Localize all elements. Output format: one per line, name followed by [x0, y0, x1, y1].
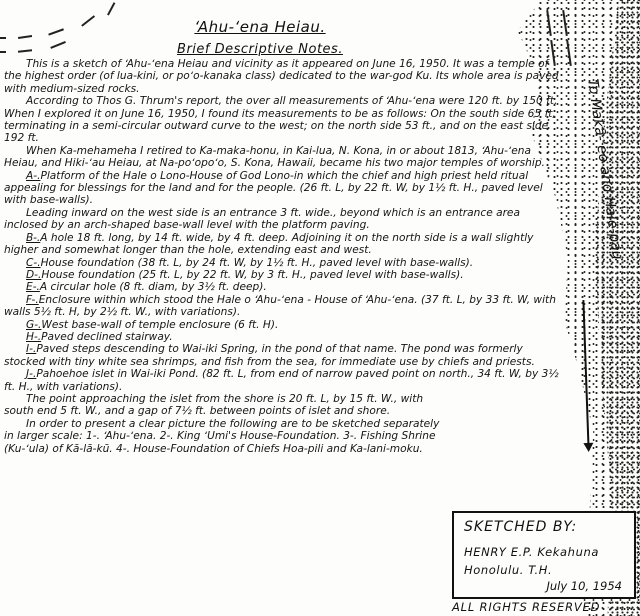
note-text: A circular hole (8 ft. diam, by 3½ ft. d… [40, 281, 267, 293]
note-text: House foundation (25 ft. L, by 22 ft. W,… [41, 269, 463, 281]
note-text: West base-wall of temple enclosure (6 ft… [41, 319, 278, 331]
paragraph-approach: The point approaching the islet from the… [4, 393, 444, 418]
note-item-j: J-.Pahoehoe islet in Wai-iki Pond. (82 f… [4, 368, 564, 393]
note-key: J-. [26, 368, 36, 380]
note-item-d: D-.House foundation (25 ft. L, by 22 ft.… [4, 269, 564, 281]
hatch-mark [0, 37, 6, 39]
signature-name: HENRY E.P. Kekahuna [464, 545, 599, 559]
note-text: Paved declined stairway. [41, 331, 172, 343]
paragraph-entrance: Leading inward on the west side is an en… [4, 207, 564, 232]
note-text: House foundation (38 ft. L, by 24 ft. W,… [41, 257, 474, 269]
note-text: Enclosure within which stood the Hale o … [4, 294, 556, 318]
document-page: To Makā-ʻeo and Hale-pau ʻAhu-ʻena Heiau… [0, 0, 640, 616]
note-item-h: H-.Paved declined stairway. [4, 331, 564, 343]
document-subtitle: Brief Descriptive Notes. [0, 42, 520, 57]
note-item-a: A-.Platform of the Hale o Lono-House of … [4, 170, 564, 207]
paragraph-closing: In order to present a clear picture the … [4, 418, 444, 455]
document-title: ʻAhu-ʻena Heiau. [0, 18, 520, 36]
note-key: C-. [26, 257, 41, 269]
paragraph-thrum: According to Thos G. Thrum's report, the… [4, 95, 564, 145]
note-key: H-. [26, 331, 41, 343]
note-text: Platform of the Hale o Lono-House of God… [4, 170, 543, 207]
signature-place: Honolulu. T.H. [464, 563, 552, 577]
signature-date: July 10, 1954 [546, 579, 622, 593]
note-item-c: C-.House foundation (38 ft. L, by 24 ft.… [4, 257, 564, 269]
note-text: Paved steps descending to Wai-iki Spring… [4, 343, 535, 367]
note-key: G-. [26, 319, 41, 331]
note-key: B-. [26, 232, 40, 244]
note-text: Pahoehoe islet in Wai-iki Pond. (82 ft. … [4, 368, 559, 392]
note-key: D-. [26, 269, 41, 281]
note-key: A-. [26, 170, 40, 182]
hatch-mark [107, 2, 115, 15]
note-item-f: F-.Enclosure within which stood the Hale… [4, 294, 564, 319]
note-key: F-. [26, 294, 39, 306]
note-key: I-. [26, 343, 36, 355]
note-item-b: B-.A hole 18 ft. long, by 14 ft. wide, b… [4, 232, 564, 257]
paragraph-kamehameha: When Ka-mehameha I retired to Ka-maka-ho… [4, 145, 564, 170]
note-item-e: E-.A circular hole (8 ft. diam, by 3½ ft… [4, 281, 564, 293]
signature-heading: SKETCHED BY: [464, 519, 577, 535]
rights-notice: ALL RIGHTS RESERVED [452, 600, 600, 614]
note-item-i: I-.Paved steps descending to Wai-iki Spr… [4, 343, 564, 368]
note-item-g: G-.West base-wall of temple enclosure (6… [4, 319, 564, 331]
signature-box: SKETCHED BY: HENRY E.P. Kekahuna Honolul… [452, 511, 636, 599]
note-key: E-. [26, 281, 40, 293]
paragraph-intro: This is a sketch of ʻAhu-ʻena Heiau and … [4, 58, 564, 95]
note-text: A hole 18 ft. long, by 14 ft. wide, by 4… [4, 232, 533, 256]
descriptive-notes: This is a sketch of ʻAhu-ʻena Heiau and … [4, 58, 564, 455]
